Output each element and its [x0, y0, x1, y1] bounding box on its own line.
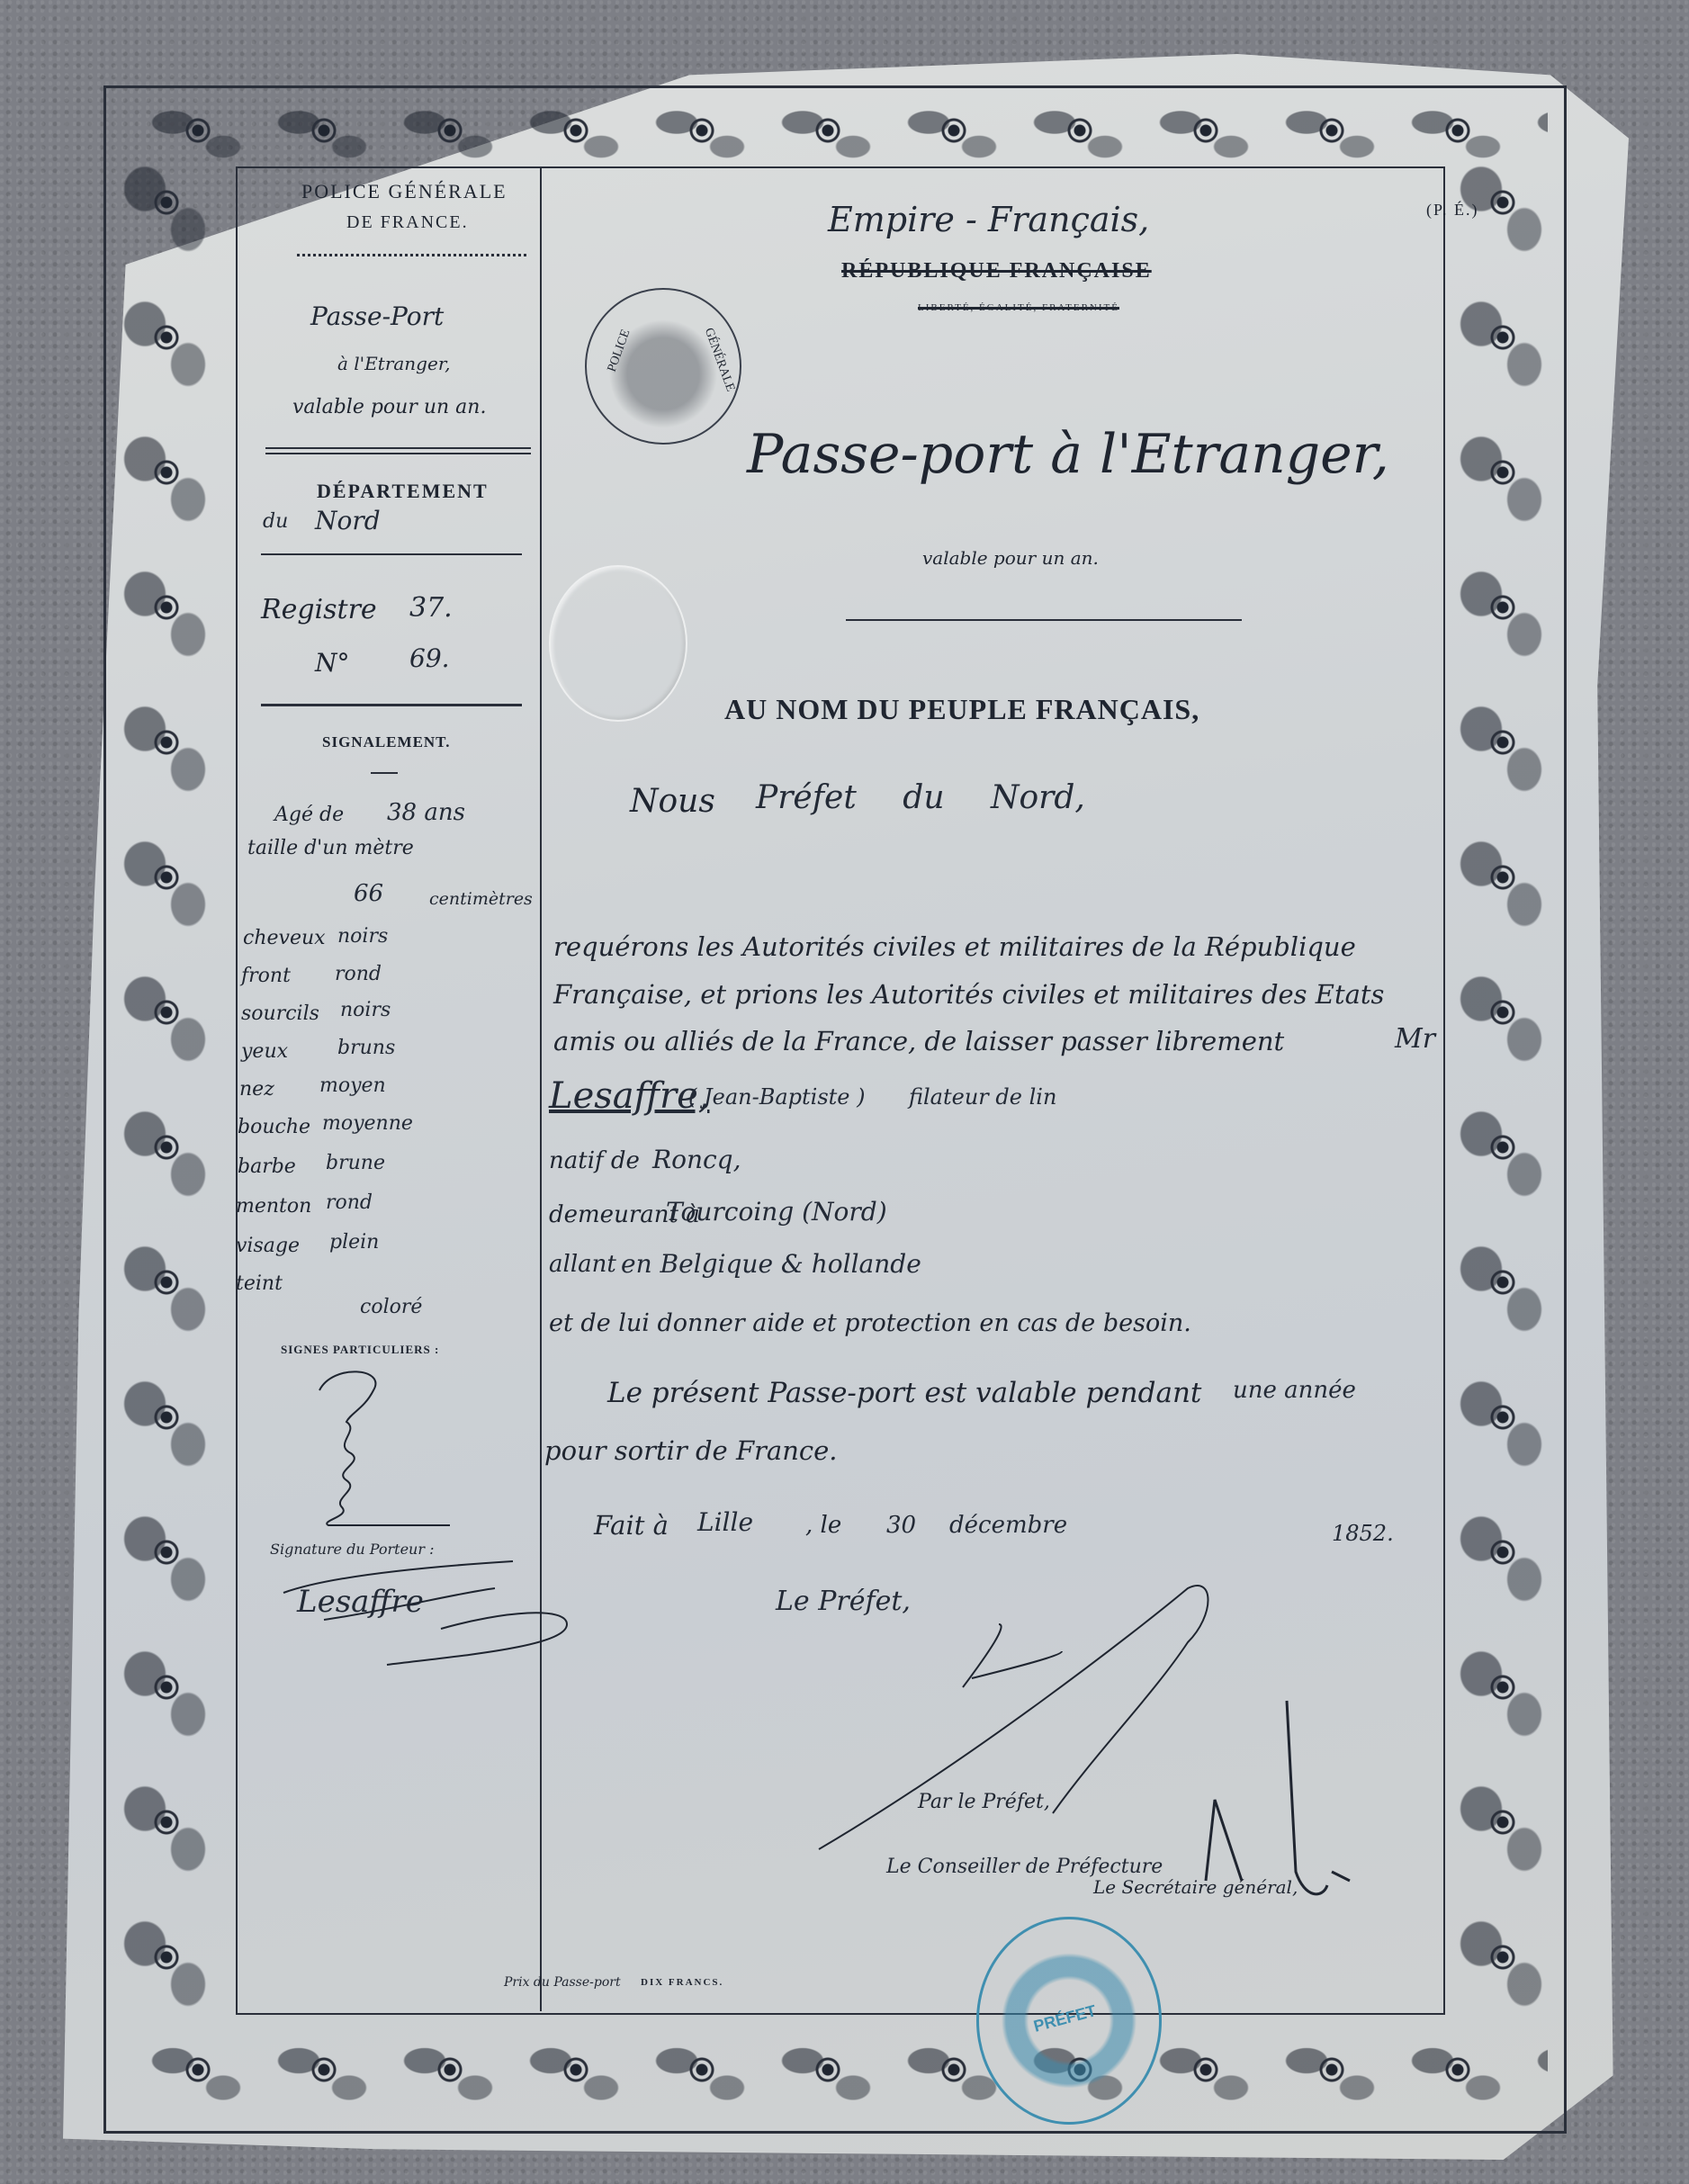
signalement-value: rond: [335, 963, 382, 985]
date-day: 30: [886, 1512, 916, 1539]
validity-value: une année: [1233, 1377, 1356, 1404]
allant-value: en Belgique & hollande: [621, 1249, 921, 1279]
signalement-value: coloré: [360, 1296, 422, 1318]
title-rule: [846, 619, 1242, 621]
regime-handwritten: Empire - Français,: [828, 200, 1149, 239]
registre-label: Registre: [261, 594, 377, 625]
double-rule: [265, 447, 531, 449]
department-prefix: du: [263, 510, 288, 533]
fait-place: Lille: [697, 1507, 753, 1537]
signalement-value: brune: [326, 1152, 385, 1174]
signalement-label: cheveux: [243, 927, 326, 949]
department-value: Nord: [315, 506, 381, 535]
signalement-label: teint: [236, 1272, 283, 1295]
motto-struck: LIBERTÉ, ÉGALITÉ, FRATERNITÉ: [918, 302, 1119, 313]
signalement-label: visage: [236, 1235, 300, 1257]
signalement-label: yeux: [241, 1040, 288, 1063]
nous-prefix: Nous: [630, 783, 715, 820]
secretary-signature: [1170, 1692, 1368, 1899]
signature-label: Signature du Porteur :: [270, 1541, 434, 1558]
body-line-3: amis ou alliés de la France, de laisser …: [553, 1026, 1284, 1056]
bearer-title: Mr: [1395, 1023, 1435, 1055]
double-rule: [265, 453, 531, 454]
signalement-value: bruns: [337, 1037, 395, 1059]
stub-doc-title: Passe-Port: [310, 301, 444, 331]
taille-value: 66: [354, 880, 383, 907]
price-label: Prix du Passe-port: [504, 1975, 621, 1990]
embossed-stamp: [549, 565, 687, 722]
police-header-line1: POLICE GÉNÉRALE: [301, 180, 508, 203]
par-le-prefet: Par le Préfet,: [918, 1791, 1050, 1813]
signalement-title: SIGNALEMENT.: [322, 733, 451, 751]
taille-unit: centimètres: [429, 889, 533, 909]
allant-label: allant: [549, 1251, 616, 1278]
signes-label: SIGNES PARTICULIERS :: [281, 1343, 439, 1357]
age-label: Agé de: [274, 804, 344, 826]
natif-label: natif de: [549, 1147, 640, 1174]
signature-flourish: [279, 1557, 576, 1674]
natif-value: Roncq,: [652, 1145, 741, 1174]
fait-label: Fait à: [594, 1510, 669, 1541]
signalement-value: rond: [326, 1191, 373, 1214]
signalement-label: nez: [239, 1078, 274, 1101]
official-stamp: PRÉFET: [976, 1917, 1162, 2125]
invocation-heading: AU NOM DU PEUPLE FRANÇAIS,: [724, 693, 1199, 726]
stub-doc-subtitle: à l'Etranger,: [337, 353, 451, 374]
signalement-value: plein: [329, 1231, 379, 1254]
numero-value: 69.: [409, 643, 450, 673]
date-year: 1852.: [1332, 1521, 1394, 1546]
price-value: DIX FRANCS.: [641, 1977, 723, 1988]
signalement-label: sourcils: [241, 1002, 319, 1025]
ornamental-border-left: [112, 135, 220, 2043]
corner-mark: (P. É.): [1426, 193, 1480, 229]
signalement-value: moyen: [319, 1074, 386, 1097]
bearer-occupation: filateur de lin: [909, 1084, 1056, 1110]
age-value: 38 ans: [387, 799, 465, 826]
main-title: Passe-port à l'Etranger,: [747, 423, 1389, 486]
numero-label: N°: [315, 648, 350, 678]
protection-line: et de lui donner aide et protection en c…: [549, 1309, 1191, 1337]
signalement-value: noirs: [340, 999, 391, 1021]
ornamental-border-right: [1449, 135, 1557, 2043]
divider-rule: [261, 704, 522, 706]
date-prefix: , le: [805, 1512, 841, 1539]
dotted-divider: [297, 254, 526, 256]
department-label: DÉPARTEMENT: [317, 480, 489, 503]
signes-flourish: [297, 1359, 495, 1539]
nous-value: Préfet du Nord,: [756, 779, 1085, 816]
taille-label: taille d'un mètre: [247, 837, 414, 859]
regime-printed-struck: RÉPUBLIQUE FRANÇAISE: [841, 259, 1152, 283]
signalement-value: noirs: [337, 925, 388, 948]
signalement-label: barbe: [238, 1155, 296, 1178]
police-header-line2: DE FRANCE.: [346, 212, 469, 233]
body-line-2: Française, et prions les Autorités civil…: [553, 979, 1384, 1010]
body-line-1: requérons les Autorités civiles et milit…: [553, 931, 1356, 962]
bearer-given-names: ( Jean-Baptiste ): [688, 1084, 865, 1110]
signalement-label: front: [241, 965, 291, 987]
validity-line-1: Le présent Passe-port est valable pendan…: [607, 1377, 1201, 1409]
ornamental-border-bottom: [135, 2025, 1548, 2115]
police-generale-seal: POLICE GÉNÉRALE: [585, 288, 741, 445]
bearer-name: Lesaffre,: [549, 1075, 709, 1117]
stub-validity: valable pour un an.: [292, 396, 486, 418]
signalement-label: bouche: [238, 1116, 310, 1138]
conseiller-title: Le Conseiller de Préfecture: [886, 1856, 1163, 1878]
short-rule: [371, 772, 398, 774]
divider-rule: [261, 553, 522, 555]
demeurant-value: Tourcoing (Nord): [666, 1197, 887, 1227]
signalement-label: menton: [236, 1195, 311, 1218]
column-divider: [540, 166, 542, 2011]
validity-line-2: pour sortir de France.: [544, 1435, 838, 1466]
ornamental-border-top: [135, 90, 1548, 171]
main-subtitle: valable pour un an.: [922, 547, 1099, 569]
date-month: décembre: [949, 1512, 1067, 1539]
signalement-value: moyenne: [322, 1112, 413, 1135]
registre-value: 37.: [409, 592, 453, 624]
